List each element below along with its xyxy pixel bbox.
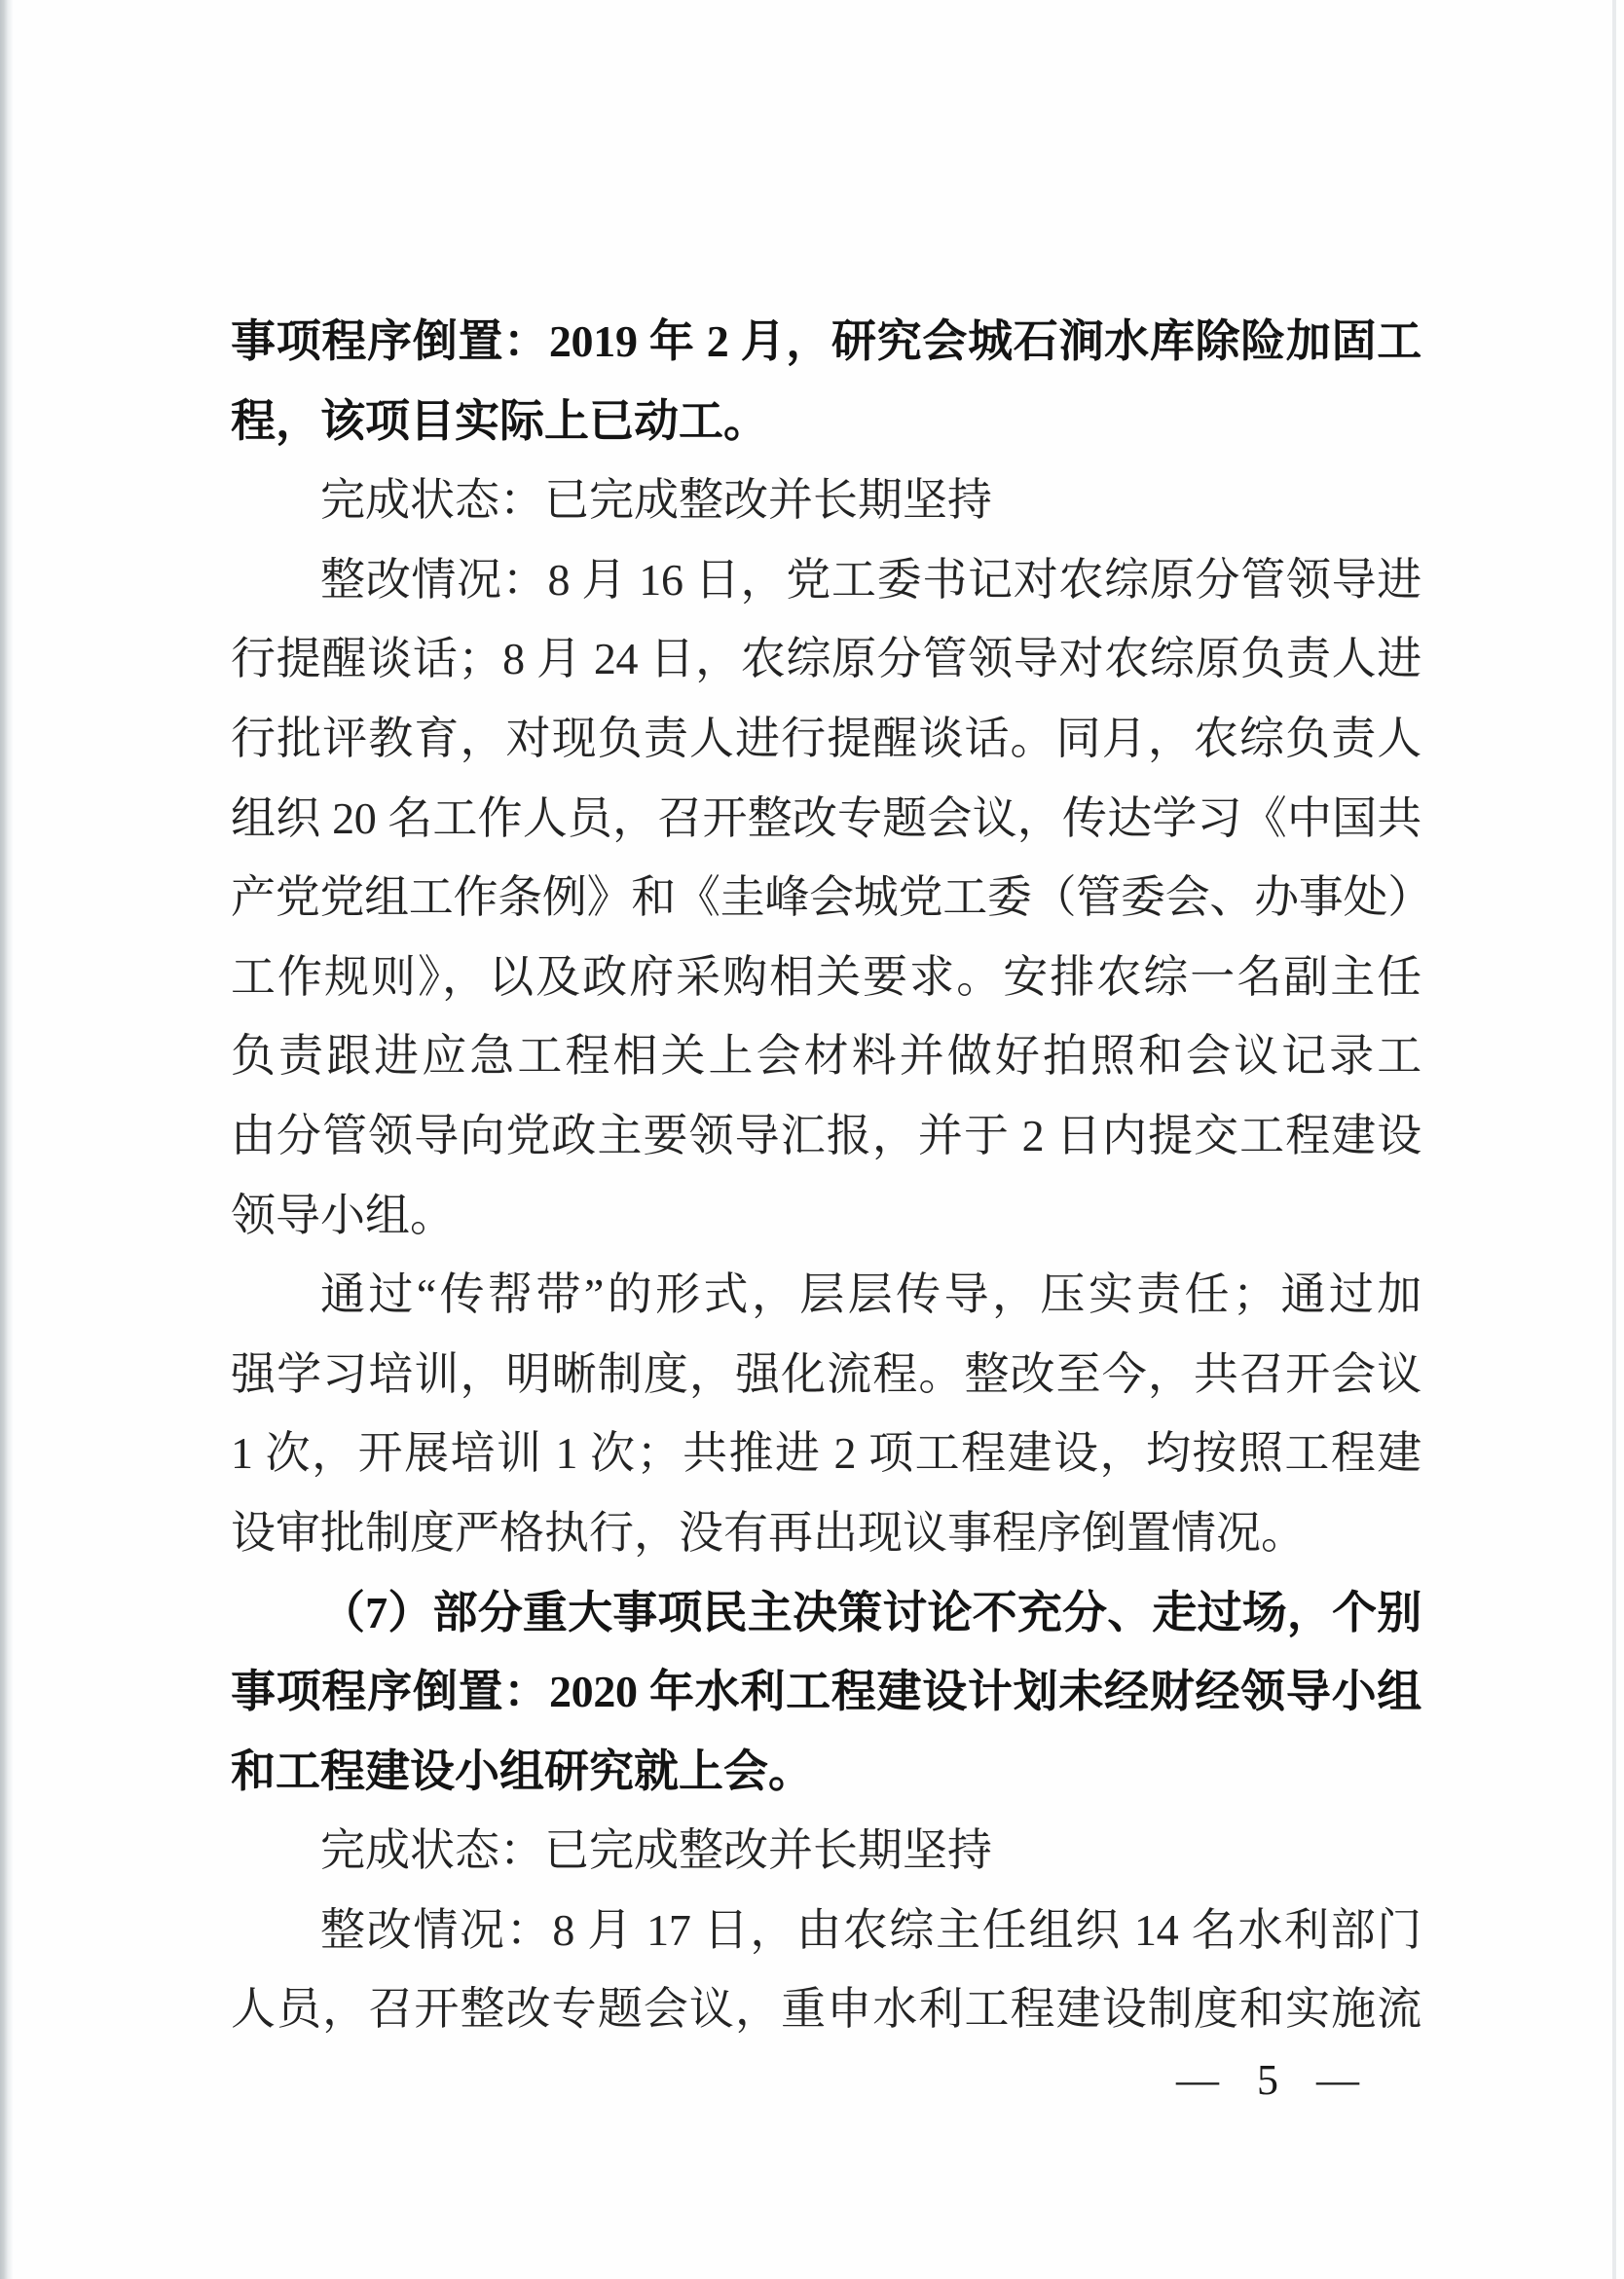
text-line: 设审批制度严格执行，没有再出现议事程序倒置情况。 (231, 1493, 1421, 1573)
text-line: 1 次，开展培训 1 次；共推进 2 项工程建设，均按照工程建 (231, 1414, 1421, 1493)
text-line: 强学习培训，明晰制度，强化流程。整改至今，共召开会议 (231, 1335, 1421, 1415)
text-line: 负责跟进应急工程相关上会材料并做好拍照和会议记录工作。 (231, 1016, 1421, 1096)
text-block: 事项程序倒置：2019 年 2 月，研究会城石涧水库除险加固工程，该项目实际上已… (231, 302, 1421, 2049)
text-line: （7）部分重大事项民主决策讨论不充分、走过场，个别 (231, 1573, 1421, 1653)
text-line: 组织 20 名工作人员，召开整改专题会议，传达学习《中国共 (231, 779, 1421, 859)
document-page: 事项程序倒置：2019 年 2 月，研究会城石涧水库除险加固工程，该项目实际上已… (0, 0, 1624, 2279)
text-line: 行批评教育，对现负责人进行提醒谈话。同月，农综负责人 (231, 699, 1421, 779)
text-line: 整改情况：8 月 17 日，由农综主任组织 14 名水利部门 (231, 1891, 1421, 1970)
text-line: 整改情况：8 月 16 日，党工委书记对农综原分管领导进 (231, 540, 1421, 620)
text-line: 事项程序倒置：2019 年 2 月，研究会城石涧水库除险加固工 (231, 302, 1421, 382)
text-line: 由分管领导向党政主要领导汇报，并于 2 日内提交工程建设 (231, 1096, 1421, 1176)
right-scan-edge-artifact (1612, 0, 1616, 2279)
text-line: 事项程序倒置：2020 年水利工程建设计划未经财经领导小组 (231, 1652, 1421, 1732)
text-line: 完成状态：已完成整改并长期坚持 (231, 1811, 1421, 1891)
page-number: 5 (1257, 2055, 1278, 2105)
footer-right-dash: — (1316, 2055, 1359, 2105)
text-line: 行提醒谈话；8 月 24 日，农综原分管领导对农综原负责人进 (231, 619, 1421, 699)
text-line: 人员，召开整改专题会议，重申水利工程建设制度和实施流 (231, 1969, 1421, 2049)
text-line: 完成状态：已完成整改并长期坚持 (231, 460, 1421, 540)
footer-left-dash: — (1176, 2055, 1219, 2105)
page-footer: — 5 — (1176, 2052, 1359, 2107)
text-line: 工作规则》，以及政府采购相关要求。安排农综一名副主任 (231, 937, 1421, 1017)
text-line: 领导小组。 (231, 1176, 1421, 1256)
text-line: 和工程建设小组研究就上会。 (231, 1732, 1421, 1812)
text-line: 通过“传帮带”的形式，层层传导，压实责任；通过加 (231, 1255, 1421, 1335)
text-line: 程，该项目实际上已动工。 (231, 382, 1421, 461)
left-scan-edge-artifact (0, 0, 14, 2279)
text-line: 产党党组工作条例》和《圭峰会城党工委（管委会、办事处） (231, 858, 1421, 937)
